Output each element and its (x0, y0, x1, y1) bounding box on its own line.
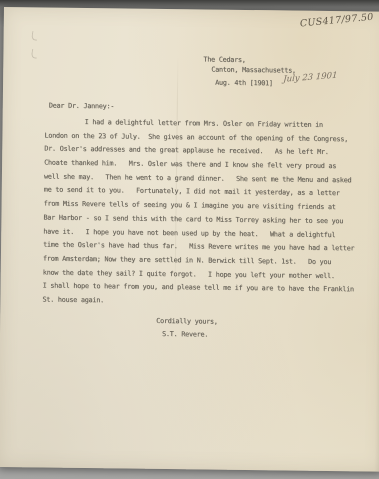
document-scan: CUS417/97.50 The Cedars, Canton, Massach… (0, 0, 379, 479)
salutation: Dear Dr. Janney:- (49, 102, 114, 111)
signature: S.T. Revere. (162, 330, 208, 339)
pencil-mark (31, 31, 38, 41)
body-line: St. house again. (42, 293, 354, 310)
letterhead-city: Canton, Massachusetts, (211, 66, 296, 75)
typed-date: Aug. 4th [1901] (215, 79, 273, 88)
archival-reference-annotation: CUS417/97.50 (300, 12, 375, 30)
letter-page: CUS417/97.50 The Cedars, Canton, Massach… (0, 7, 379, 472)
paper-edge-shadow (374, 12, 379, 472)
letterhead-house-name: The Cedars, (203, 55, 245, 64)
closing: Cordially yours, (156, 317, 218, 326)
letter-body: I had a delightful letter from Mrs. Osle… (42, 116, 356, 311)
pencil-mark (31, 49, 38, 59)
